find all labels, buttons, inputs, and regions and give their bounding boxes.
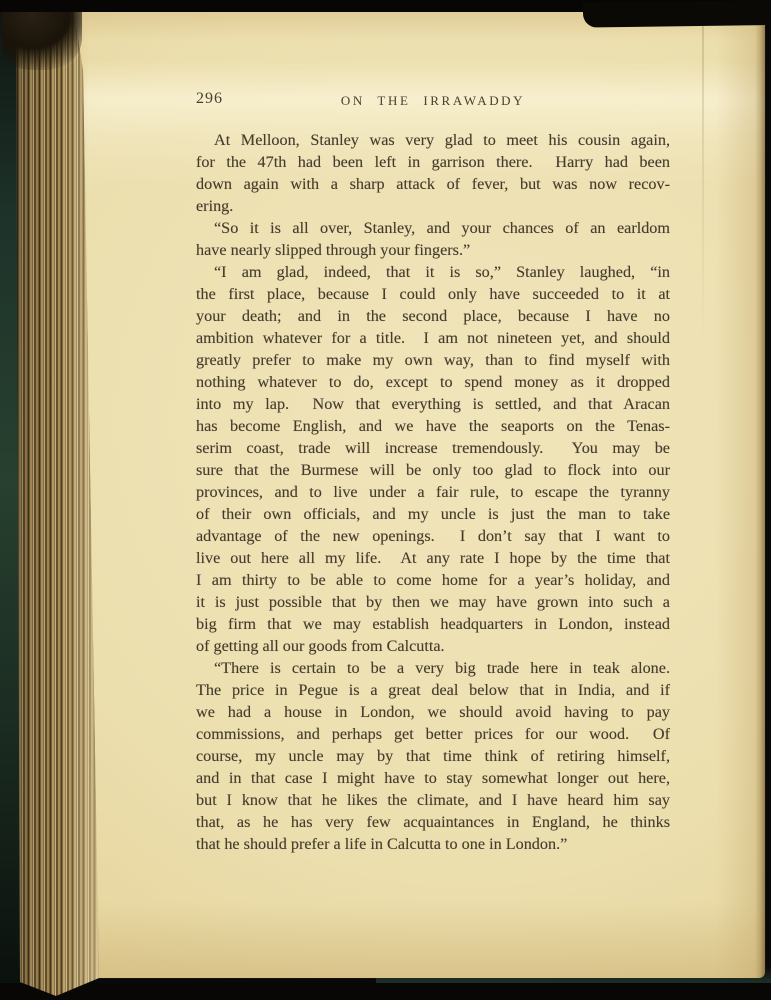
text-line: that he should prefer a life in Calcutta… xyxy=(196,833,670,855)
text-line: “So it is all over, Stanley, and your ch… xyxy=(196,217,670,239)
text-line: course, my uncle may by that time think … xyxy=(196,745,670,767)
text-line: ambition whatever for a title. I am not … xyxy=(196,327,670,349)
text-line: into my lap. Now that everything is sett… xyxy=(196,393,670,415)
text-line: of getting all our goods from Calcutta. xyxy=(196,635,670,657)
paragraph: “I am glad, indeed, that it is so,” Stan… xyxy=(196,261,670,657)
text-line: that, as he has very few acquaintances i… xyxy=(196,811,670,833)
text-line: the first place, because I could only ha… xyxy=(196,283,670,305)
text-line: but I know that he likes the climate, an… xyxy=(196,789,670,811)
text-line: nothing whatever to do, except to spend … xyxy=(196,371,670,393)
page-crease xyxy=(702,14,704,344)
page-right-edge xyxy=(755,12,765,978)
text-line: of their own officials, and my uncle is … xyxy=(196,503,670,525)
text-line: for the 47th had been left in garrison t… xyxy=(196,151,670,173)
running-title: ON THE IRRAWADDY xyxy=(196,93,670,109)
text-line: “There is certain to be a very big trade… xyxy=(196,657,670,679)
text-line: At Melloon, Stanley was very glad to mee… xyxy=(196,129,670,151)
text-line: advantage of the new openings. I don’t s… xyxy=(196,525,670,547)
page-header: 296 ON THE IRRAWADDY xyxy=(196,90,670,110)
page-text: At Melloon, Stanley was very glad to mee… xyxy=(196,129,670,855)
text-line: down again with a sharp attack of fever,… xyxy=(196,173,670,195)
text-line: your death; and in the second place, bec… xyxy=(196,305,670,327)
text-line: we had a house in London, we should avoi… xyxy=(196,701,670,723)
text-line: have nearly slipped through your fingers… xyxy=(196,239,670,261)
text-line: serim coast, trade will increase tremend… xyxy=(196,437,670,459)
photo-bottom-shadow xyxy=(0,983,771,1000)
text-line: it is just possible that by then we may … xyxy=(196,591,670,613)
text-line: provinces, and to live under a fair rule… xyxy=(196,481,670,503)
text-line: live out here all my life. At any rate I… xyxy=(196,547,670,569)
paragraph: At Melloon, Stanley was very glad to mee… xyxy=(196,129,670,217)
text-line: and in that case I might have to stay so… xyxy=(196,767,670,789)
book-page: 296 ON THE IRRAWADDY At Melloon, Stanley… xyxy=(54,12,765,978)
text-line: greatly prefer to make my own way, than … xyxy=(196,349,670,371)
text-line: I am thirty to be able to come home for … xyxy=(196,569,670,591)
text-line: sure that the Burmese will be only too g… xyxy=(196,459,670,481)
paragraph: “There is certain to be a very big trade… xyxy=(196,657,670,855)
book-photo: 296 ON THE IRRAWADDY At Melloon, Stanley… xyxy=(0,0,771,1000)
text-line: big firm that we may establish headquart… xyxy=(196,613,670,635)
text-line: has become English, and we have the seap… xyxy=(196,415,670,437)
text-line: The price in Pegue is a great deal below… xyxy=(196,679,670,701)
text-line: ering. xyxy=(196,195,670,217)
paragraph: “So it is all over, Stanley, and your ch… xyxy=(196,217,670,261)
text-line: commissions, and perhaps get better pric… xyxy=(196,723,670,745)
photo-top-right-shadow xyxy=(583,0,771,28)
text-line: “I am glad, indeed, that it is so,” Stan… xyxy=(196,261,670,283)
